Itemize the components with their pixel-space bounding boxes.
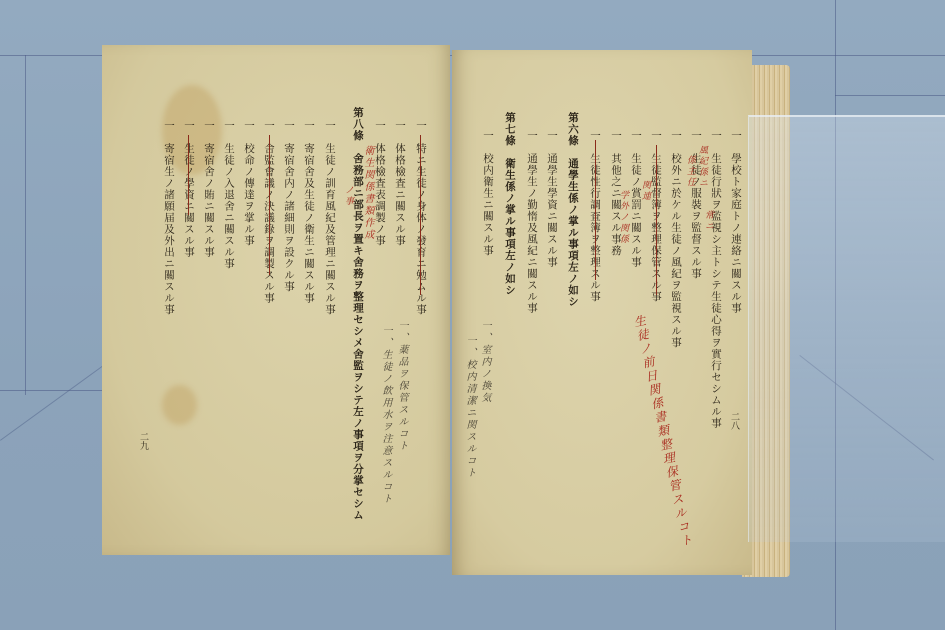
pencil-annotation: 一、薬品ヲ保管スルコト	[394, 320, 409, 452]
strike-line	[269, 135, 270, 275]
text-column: 一 校内衛生ニ關スル事	[482, 130, 493, 257]
text-column: 一 生徒ノ訓育風紀及管理ニ關スル事	[324, 120, 335, 316]
red-annotation: 衛生関係書類作成	[360, 145, 375, 241]
red-annotation: 常ニ	[702, 210, 715, 232]
text-column: 一 生徒ノ入退舍ニ關スル事	[223, 120, 234, 270]
text-column: 一 寄宿舍内ノ諸細則ヲ設クル事	[283, 120, 294, 293]
text-column: 一 通學生ノ勤惰及風紀ニ關スル事	[526, 130, 537, 314]
text-column: 一 學校ト家庭トノ連絡ニ關スル事	[730, 130, 741, 314]
page-number: 二九	[137, 432, 150, 450]
red-annotation: 係主任	[684, 155, 697, 188]
strike-line	[420, 135, 421, 295]
right-page: 一 學校ト家庭トノ連絡ニ關スル事 一 生徒行狀ヲ監視シ主トシテ生徒心得ヲ實行セシ…	[452, 50, 752, 575]
text-column: 一 寄宿生ノ諸願届及外出ニ關スル事	[163, 120, 174, 316]
red-annotation: 関連	[639, 180, 652, 202]
red-annotation: 風紀係ニ	[696, 145, 709, 189]
pencil-annotation: 一、生徒ノ飲用水ヲ注意スルコト	[378, 325, 393, 505]
acrylic-page-holder	[748, 115, 945, 542]
strike-line	[656, 145, 657, 295]
article-heading: 第七條 衛生係ノ掌ル事項左ノ如シ	[504, 112, 515, 296]
text-column: 一 通學生學資ニ關スル事	[546, 130, 557, 268]
text-column: 一 寄宿舍ノ賄ニ關スル事	[203, 120, 214, 258]
text-column: 一 体格檢査ニ關スル事	[394, 120, 405, 247]
red-annotation: 生徒ノ前日関係書類整理保管スルコト	[630, 313, 696, 549]
text-column: 一 生徒行狀ヲ監視シ主トシテ生徒心得ヲ實行セシムル事	[710, 130, 721, 429]
text-column: 一 校外ニ於ケル生徒ノ風紀ヲ監視スル事	[670, 130, 681, 349]
open-book: 一 特ニ生徒ノ身体ノ發育ニ勉ムル事 一 体格檢査ニ關スル事 一 体格檢査表調製ノ…	[102, 45, 792, 585]
grid-line	[835, 95, 945, 96]
text-column: 一 体格檢査表調製ノ事	[374, 120, 385, 247]
text-column: 一 校命ノ傳達ヲ掌ル事	[243, 120, 254, 247]
water-stain	[162, 385, 197, 425]
left-page: 一 特ニ生徒ノ身体ノ發育ニ勉ムル事 一 体格檢査ニ關スル事 一 体格檢査表調製ノ…	[102, 45, 450, 555]
article-heading: 第六條 通學生係ノ掌ル事項左ノ如シ	[567, 112, 578, 308]
red-annotation: ノ事	[342, 185, 355, 207]
grid-line	[25, 55, 26, 395]
pencil-annotation: 一、校内清潔ニ関スルコト	[462, 335, 477, 479]
pencil-annotation: 一、室内ノ換気	[477, 320, 492, 404]
text-column: 一 寄宿舍及生徒ノ衛生ニ關スル事	[303, 120, 314, 304]
strike-line	[595, 140, 596, 280]
red-annotation: 学外ノ関係	[617, 190, 630, 245]
strike-line	[188, 135, 189, 215]
page-number: 二八	[728, 412, 741, 430]
